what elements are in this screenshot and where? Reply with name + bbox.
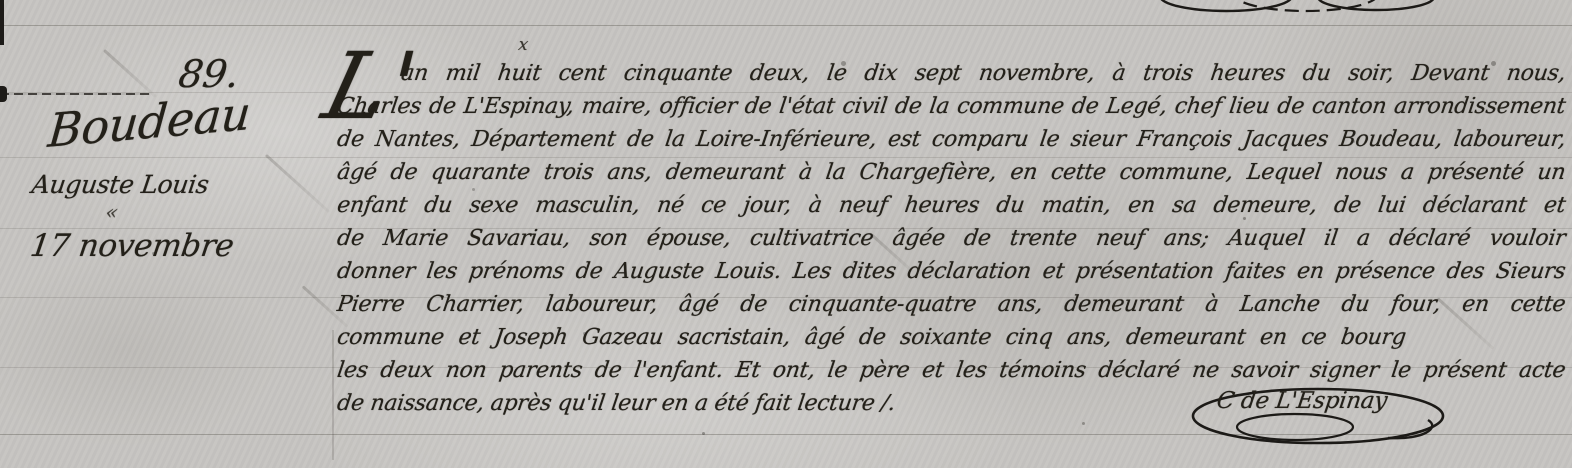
- signature-name: C de L'Espinay: [1215, 388, 1389, 414]
- margin-date: 17 novembre: [28, 228, 236, 264]
- ditto-mark: «: [104, 200, 119, 224]
- margin-given-names: Auguste Louis: [30, 170, 211, 199]
- scanned-register-page: 89. Boudeau Auguste Louis « 17 novembre …: [0, 0, 1572, 468]
- act-line: Charles de L'Espinay, maire, officier de…: [335, 90, 1568, 123]
- act-line: Pierre Charrier, laboureur, âgé de cinqu…: [335, 288, 1568, 321]
- margin-crease: [332, 330, 334, 460]
- margin-surname: Boudeau: [46, 86, 253, 158]
- act-line: commune et Joseph Gazeau sacristain, âgé…: [335, 321, 1408, 354]
- act-body: L' x an mil huit cent cinquante deux, le…: [335, 57, 1563, 420]
- act-line: de Marie Savariau, son épouse, cultivatr…: [335, 222, 1568, 255]
- act-line: donner les prénoms de Auguste Louis. Les…: [335, 255, 1568, 288]
- mayor-signature: C de L'Espinay: [1183, 380, 1453, 452]
- previous-signature-flourish: [1156, 0, 1441, 20]
- act-line: âgé de quarante trois ans, demeurant à l…: [335, 156, 1568, 189]
- act-line: enfant du sexe masculin, né ce jour, à n…: [335, 189, 1568, 222]
- stray-ink-mark: x: [517, 35, 529, 55]
- margin-annotations: 89. Boudeau Auguste Louis « 17 novembre: [0, 0, 330, 468]
- act-line: an mil huit cent cinquante deux, le dix …: [335, 57, 1568, 90]
- act-line: de Nantes, Département de la Loire-Infér…: [335, 123, 1568, 156]
